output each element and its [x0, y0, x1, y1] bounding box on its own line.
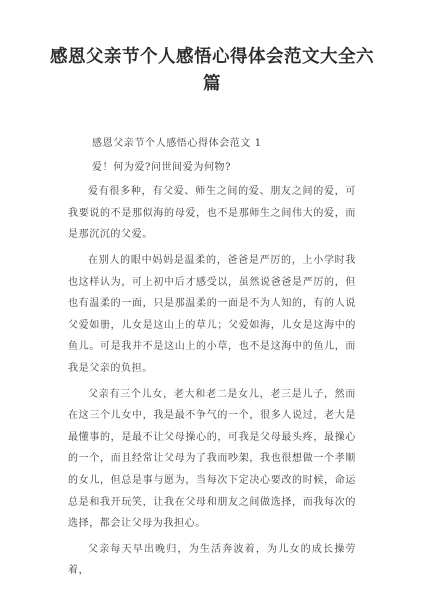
document-page: 感恩父亲节个人感悟心得体会范文大全六 篇 感恩父亲节个人感悟心得体会范文 1 爱… [0, 0, 424, 600]
opening-question: 爱！何为爱?问世间爱为何物? [68, 157, 356, 179]
paragraph-1: 爱有很多种，有父爱、师生之间的爱、朋友之间的爱，可我要说的不是那似海的母爱，也不… [68, 181, 356, 246]
paragraph-4: 父亲每天早出晚归，为生活奔波着，为儿女的成长操劳着， [68, 539, 356, 582]
paragraph-2: 在别人的眼中妈妈是温柔的，爸爸是严厉的，上小学时我也这样认为，可上初中后才感受以… [68, 250, 356, 380]
section-heading: 感恩父亲节个人感悟心得体会范文 1 [68, 133, 356, 155]
title-line-2: 篇 [0, 71, 424, 98]
paragraph-3: 父亲有三个儿女，老大和老二是女儿，老三是儿子，然而在这三个儿女中，我是最不争气的… [68, 384, 356, 535]
title-line-1: 感恩父亲节个人感悟心得体会范文大全六 [0, 44, 424, 71]
document-title: 感恩父亲节个人感悟心得体会范文大全六 篇 [0, 44, 424, 98]
document-body: 感恩父亲节个人感悟心得体会范文 1 爱！何为爱?问世间爱为何物? 爱有很多种，有… [68, 133, 356, 582]
